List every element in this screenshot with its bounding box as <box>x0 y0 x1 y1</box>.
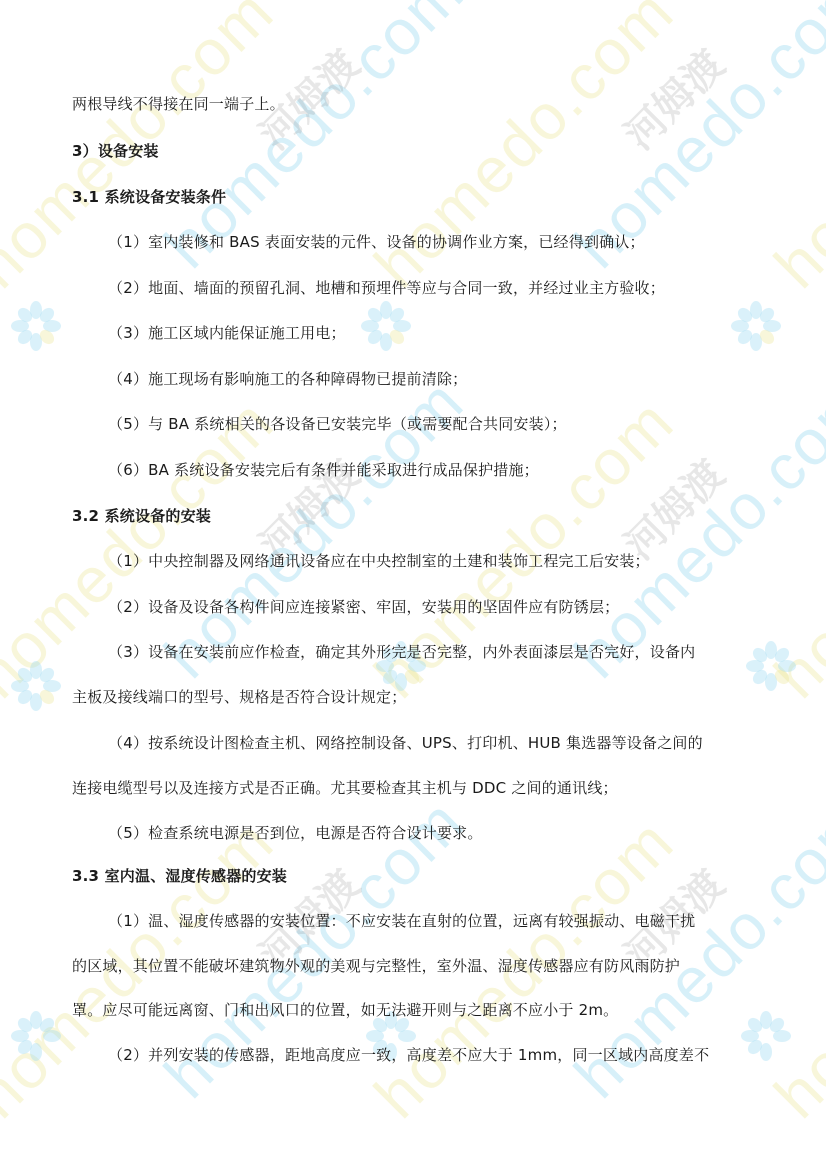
paragraph-line: （5）与 BA 系统相关的各设备已安装完毕（或需要配合共同安装）； <box>108 414 567 434</box>
paragraph-line: 的区域，其位置不能破坏建筑物外观的美观与完整性，室外温、湿度传感器应有防风雨防护 <box>72 956 680 976</box>
paragraph-line: （1）中央控制器及网络通讯设备应在中央控制室的土建和装饰工程完工后安装； <box>108 551 650 571</box>
document-page: 两根导线不得接在同一端子上。3）设备安装3.1 系统设备安装条件（1）室内装修和… <box>0 0 826 1169</box>
paragraph-line: 连接电缆型号以及连接方式是否正确。尤其要检查其主机与 DDC 之间的通讯线； <box>72 778 618 798</box>
paragraph-line: 两根导线不得接在同一端子上。 <box>72 94 285 114</box>
paragraph-line: （2）并列安装的传感器，距地高度应一致，高度差不应大于 1mm，同一区域内高度差… <box>108 1045 709 1065</box>
section-heading: 3.1 系统设备安装条件 <box>72 187 226 207</box>
section-heading: 3.3 室内温、湿度传感器的安装 <box>72 866 287 886</box>
paragraph-line: （4）施工现场有影响施工的各种障碍物已提前清除； <box>108 369 467 389</box>
paragraph-line: （1）室内装修和 BAS 表面安装的元件、设备的协调作业方案，已经得到确认； <box>108 232 645 252</box>
paragraph-line: 主板及接线端口的型号、规格是否符合设计规定； <box>72 687 406 707</box>
paragraph-line: （5）检查系统电源是否到位，电源是否符合设计要求。 <box>108 823 483 843</box>
section-heading: 3.2 系统设备的安装 <box>72 506 211 526</box>
paragraph-line: （4）按系统设计图检查主机、网络控制设备、UPS、打印机、HUB 集选器等设备之… <box>108 733 703 753</box>
paragraph-line: （6）BA 系统设备安装完后有条件并能采取进行成品保护措施； <box>108 460 539 480</box>
paragraph-line: （3）施工区域内能保证施工用电； <box>108 323 346 343</box>
paragraph-line: （1）温、湿度传感器的安装位置：不应安装在直射的位置，远离有较强振动、电磁干扰 <box>108 911 695 931</box>
paragraph-line: 罩。应尽可能远离窗、门和出风口的位置，如无法避开则与之距离不应小于 2m。 <box>72 1000 618 1020</box>
paragraph-line: （3）设备在安装前应作检查，确定其外形完是否完整，内外表面漆层是否完好，设备内 <box>108 642 695 662</box>
paragraph-line: （2）设备及设备各构件间应连接紧密、牢固，安装用的坚固件应有防锈层； <box>108 597 619 617</box>
paragraph-line: （2）地面、墙面的预留孔洞、地槽和预埋件等应与合同一致，并经过业主方验收； <box>108 278 665 298</box>
section-heading: 3）设备安装 <box>72 141 159 161</box>
